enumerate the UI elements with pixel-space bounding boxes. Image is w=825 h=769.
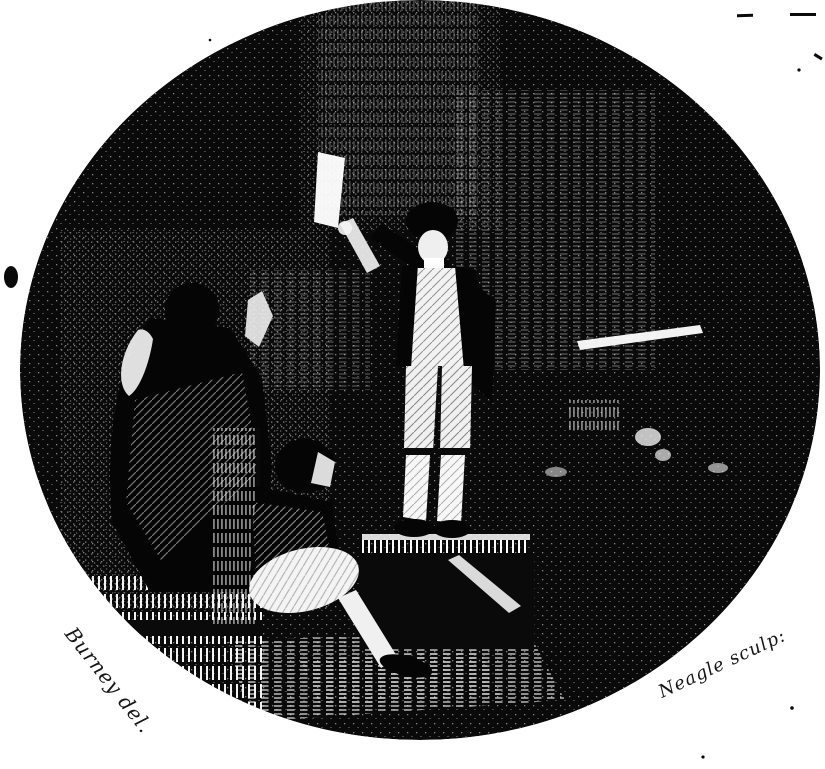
ink-dot-1	[797, 68, 800, 71]
stocking-shading	[403, 455, 465, 523]
desk-glint-2	[655, 449, 671, 461]
table	[362, 534, 534, 648]
ink-dash-2	[790, 13, 816, 16]
shoe-left	[394, 519, 434, 537]
knee-band-right	[440, 448, 470, 455]
desk-glint-3	[708, 463, 728, 473]
ink-dot-4	[209, 39, 212, 42]
ink-dot-2	[790, 706, 794, 710]
desk-fringe	[568, 400, 620, 430]
breeches-shading	[404, 366, 472, 452]
left-figure-head	[165, 283, 219, 337]
raised-hand	[338, 221, 352, 235]
ink-blot-left	[4, 266, 18, 288]
ink-dash-1	[737, 14, 753, 18]
ink-dash-3	[814, 53, 823, 60]
desk-glint-1	[635, 428, 661, 446]
artist-signature: Burney del.	[59, 622, 157, 738]
ink-dot-3	[701, 755, 704, 758]
table-top-fringe	[362, 540, 530, 553]
engraving-image: Burney del. Neagle sculp:	[0, 0, 825, 769]
scanned-page: Burney del. Neagle sculp:	[0, 0, 825, 769]
knee-band-left	[404, 448, 434, 455]
shoe-right	[433, 520, 471, 538]
wall-dashes-center	[250, 270, 370, 390]
desk-glint-4	[545, 467, 567, 477]
